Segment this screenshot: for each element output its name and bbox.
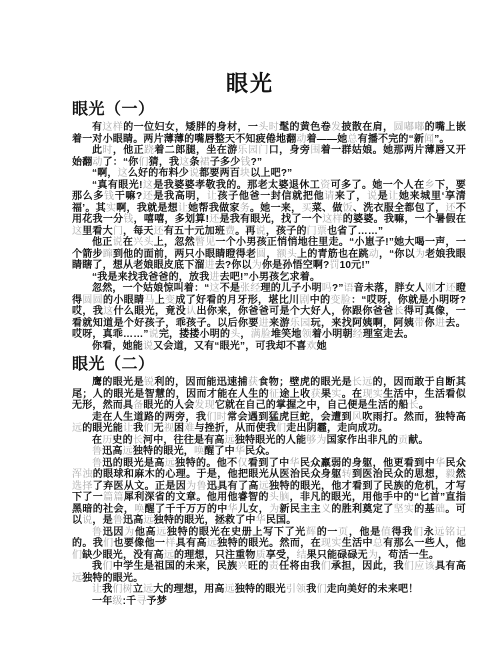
text-run: ，他正 <box>113 145 144 156</box>
light-glyph-run: 发 <box>331 122 341 133</box>
text-run: 上的青筋也在跳 <box>297 249 369 260</box>
text-run: 到医治民众的思想， <box>352 469 445 480</box>
light-glyph-run: 责 <box>269 561 279 572</box>
byline: 一年级:千寻予梦 <box>72 596 466 608</box>
light-glyph-run: 动 <box>369 249 379 260</box>
light-glyph-run: 钱 <box>123 214 133 225</box>
light-glyph-run: 发现 <box>194 400 214 411</box>
text-run: 的婆婆。我嘛，一个暑假在 <box>343 214 466 225</box>
light-glyph-run: 还 <box>446 283 456 294</box>
text-run: 得我 <box>392 527 413 538</box>
text-run: 你 <box>425 318 435 329</box>
light-glyph-run: 还 <box>446 203 456 214</box>
light-glyph-run: 兴 <box>238 561 248 572</box>
text-run: 以上吧?” <box>250 168 292 179</box>
text-run: 你看，她能 <box>92 341 143 352</box>
text-run: 食物；壁虎的眼光是 <box>258 377 352 388</box>
paragraph: 我们中学生是祖国的未来，民族兴旺的责任将由我们承担，因此，我们应该具有高远独特的… <box>72 561 466 584</box>
light-glyph-run: 这 <box>209 283 219 294</box>
text-run: 的胜利奠定了 <box>331 504 393 515</box>
light-glyph-run: 远 <box>225 435 235 446</box>
text-run: 。 <box>419 400 429 411</box>
text-run: 民众羸弱的身躯，他更看到中 <box>300 458 435 469</box>
text-run: 永 <box>424 527 435 538</box>
light-glyph-run: 引领 <box>286 584 306 595</box>
text-run: 忽然，一个姑娘惊叫着：“ <box>92 283 209 294</box>
light-glyph-run: 蹿 <box>103 249 113 260</box>
light-glyph-run: 总 <box>347 134 357 145</box>
light-glyph-run: 远 <box>259 481 269 492</box>
light-glyph-run: 头脑 <box>269 492 290 503</box>
light-glyph-run: 鲁 <box>92 458 102 469</box>
text-run: “啊， <box>92 168 118 179</box>
text-run: 民国。 <box>266 515 297 526</box>
essay-section: 眼光（二）鹰的眼光是锐利的，因而能迅速捕获食物；壁虎的眼光是长远的，因而敢于自断… <box>72 355 466 607</box>
text-run: 我 <box>133 423 143 434</box>
text-run: 眼光的人会 <box>143 400 194 411</box>
paragraph: 忽然，一个姑娘惊叫着：“这不是张经理的儿子小明吗?”语音未落，胖女人刚才还瞪得圆… <box>72 283 466 341</box>
text-run: 吹雨打。然而，独特高 <box>362 412 466 423</box>
text-run: 上 <box>155 295 165 306</box>
light-glyph-run: 远 <box>164 550 174 561</box>
text-run: 史的 <box>112 435 132 446</box>
paragraph: 鹰的眼光是锐利的，因而能迅速捕获食物；壁虎的眼光是长远的，因而敢于自断其尾；人的… <box>72 377 466 412</box>
text-run: 我 <box>92 561 102 572</box>
light-glyph-run: 华 <box>228 504 238 515</box>
light-glyph-run: 义 <box>321 504 331 515</box>
light-glyph-run: 张经 <box>240 283 260 294</box>
light-glyph-run: 鲁 <box>92 446 102 457</box>
text-run: 去?你以 <box>215 260 252 271</box>
paragraph: 在历史的长河中，往往是有高远独特眼光的人能够为国家作出非凡的贡献。 <box>72 435 466 447</box>
text-run: 此 <box>92 145 102 156</box>
light-glyph-run: 这 <box>143 180 154 191</box>
light-glyph-run: 远 <box>123 446 133 457</box>
text-run: 是我婆婆孝敬我的。那老太婆退休工 <box>153 180 320 191</box>
essay-section: 眼光（一）有这样的一位妇女，矮胖的身材，一头时髦的黄色卷发披散在肩，圆嘟嘟的嘴上… <box>72 100 466 352</box>
text-run: 可多了。她一个人在 <box>331 180 425 191</box>
text-run: 里看大 <box>82 226 113 237</box>
light-glyph-run: 辉 <box>306 527 317 538</box>
text-run: 走在人生道路的两旁，我 <box>92 412 206 423</box>
light-glyph-run: 们 <box>316 584 326 595</box>
light-glyph-run: 说 <box>149 329 159 340</box>
text-run: 堆笑地 <box>271 329 302 340</box>
text-run: 来了， <box>335 191 367 202</box>
light-glyph-run: 乐园门 <box>238 145 269 156</box>
light-glyph-run: 这 <box>72 226 82 237</box>
light-glyph-run: 让 <box>92 584 102 595</box>
light-glyph-run: 远 <box>143 515 153 526</box>
text-run: 有那么一些人，他 <box>383 538 466 549</box>
light-glyph-run: 资 <box>320 180 330 191</box>
text-run: 醒了千千万万的中 <box>145 504 228 515</box>
light-glyph-run: 唤 <box>134 504 144 515</box>
text-run: 无 <box>154 423 164 434</box>
light-glyph-run: 为 <box>124 527 135 538</box>
text-run: 在 <box>123 237 133 248</box>
text-run: 独特的眼光， <box>133 446 194 457</box>
light-glyph-run: 们树 <box>112 584 132 595</box>
text-run: 具有高 <box>435 561 466 572</box>
light-glyph-run: 们 <box>276 423 286 434</box>
text-run: 中的 <box>310 295 331 306</box>
light-glyph-run: 领 <box>302 329 312 340</box>
text-run: 。再 <box>235 226 255 237</box>
text-run: “我是来找我爸爸的，放我 <box>92 272 209 283</box>
text-run: :千 <box>123 596 137 607</box>
text-run: 常会遇到猛虎巨蛇，会遭到 <box>227 412 352 423</box>
light-glyph-run: 视 <box>164 423 174 434</box>
paragraph: “真有眼光!这是我婆婆孝敬我的。那老太婆退休工资可多了。她一个人在乡下，要那么多… <box>72 180 466 238</box>
light-glyph-run: 让 <box>123 423 133 434</box>
text-run: 独特的眼光，拯救了中 <box>154 515 256 526</box>
text-run: 旺的 <box>248 561 269 572</box>
text-run: ， <box>240 329 250 340</box>
light-glyph-run: 马 <box>144 295 154 306</box>
text-run: 然 <box>456 469 466 480</box>
light-glyph-run: 远 <box>143 584 153 595</box>
light-glyph-run: 额头 <box>277 249 297 260</box>
text-run: 的小眼睛 <box>103 295 144 306</box>
light-glyph-run: 认 <box>186 306 196 317</box>
text-run: 中学生是祖国的未来，民族 <box>113 561 238 572</box>
light-glyph-run: 远 <box>165 458 175 469</box>
paragraph: 你看，她能说又会道，又有“眼光”，可我却不喜欢她 <box>72 341 466 353</box>
light-glyph-run: 动 <box>92 157 102 168</box>
light-glyph-run: 寻 <box>136 596 146 607</box>
light-glyph-run: 经 <box>353 329 363 340</box>
light-glyph-run: 满脸 <box>251 329 271 340</box>
text-run: 的一位妇女，矮胖的身材，一 <box>123 122 258 133</box>
light-glyph-run: 围 <box>310 145 320 156</box>
text-run: 出你来，你爸爸可是个大好人，你跟你爸爸 <box>196 306 393 317</box>
light-glyph-run: 这 <box>103 306 113 317</box>
light-glyph-run: 块 <box>240 168 250 179</box>
light-glyph-run: 们 <box>143 423 153 434</box>
text-run: 与挫折，从而使我 <box>194 423 276 434</box>
light-glyph-run: 为 <box>252 260 262 271</box>
light-glyph-run: 够为 <box>306 435 326 446</box>
paragraph: “啊，这么好的布料少说都要两百块以上吧?” <box>72 168 466 180</box>
light-glyph-run: 说 <box>256 226 266 237</box>
light-glyph-run: 长 <box>409 400 419 411</box>
text-run: 途上收 <box>279 389 310 400</box>
text-run: 着小明朝 <box>312 329 353 340</box>
text-run: 的眼光能 <box>82 423 123 434</box>
light-glyph-run: 远 <box>156 527 167 538</box>
text-run: 我 <box>306 584 316 595</box>
light-glyph-run: 结 <box>296 550 306 561</box>
paragraph: “我是来找我爸爸的，放我进去吧!”小男孩乞求着。 <box>72 272 466 284</box>
text-run: 河中，往往是有高 <box>143 435 225 446</box>
light-glyph-run: 远 <box>72 573 82 584</box>
light-glyph-run: 页 <box>338 527 349 538</box>
text-run: 国家作出非凡的 <box>327 435 398 446</box>
light-glyph-run: 华 <box>290 458 300 469</box>
light-glyph-run: 门票 <box>307 226 327 237</box>
light-glyph-run: 欢 <box>306 341 316 352</box>
text-run: 都要两百 <box>199 168 240 179</box>
text-run: 民众。 <box>245 446 276 457</box>
text-run: ，孩子的 <box>266 226 307 237</box>
text-run: 她 <box>317 341 327 352</box>
section-heading: 眼光（一） <box>72 100 466 119</box>
light-glyph-run: 们时 <box>206 412 227 423</box>
text-run: 困 <box>174 423 184 434</box>
light-glyph-run: 备 <box>133 400 143 411</box>
text-run: ，“你以 <box>379 249 415 260</box>
text-run: 孩子他爸一封信就把他 <box>218 191 325 202</box>
light-glyph-run: 带 <box>414 318 424 329</box>
text-run: 她帮我做家 <box>188 203 239 214</box>
text-run: 迅具有了高 <box>207 481 259 492</box>
text-run: ，他是 <box>349 527 381 538</box>
light-glyph-run: 请 <box>324 191 335 202</box>
text-run: 理室走去。 <box>363 329 414 340</box>
light-glyph-run: 还 <box>142 191 153 202</box>
text-run: 承担，因此，我 <box>331 561 404 572</box>
text-run: 的基 <box>414 504 435 515</box>
text-run: 有五十元加班 <box>164 226 225 237</box>
text-run: ，苟活一生。 <box>378 550 439 561</box>
light-glyph-run: 跷 <box>144 145 154 156</box>
text-run: 任将由我 <box>279 561 321 572</box>
light-glyph-run: 础 <box>435 504 445 515</box>
light-glyph-run: 让 <box>207 191 218 202</box>
text-run: 去吧!”小男孩乞求着。 <box>220 272 321 283</box>
text-run: 的理想，只注重物 <box>174 550 256 561</box>
text-run: 生活中 <box>342 538 373 549</box>
light-glyph-run: 变脸 <box>330 295 351 306</box>
paragraph: 让我们树立远大的理想，用高远独特的眼光引领我们走向美好的未来吧！ <box>72 584 466 596</box>
text-run: 音未落，胖女人 <box>354 283 425 294</box>
text-run: 一年 <box>92 596 112 607</box>
light-glyph-run: 唤 <box>194 446 204 457</box>
text-run: 干嘛? <box>115 191 143 202</box>
paragraph: 走在人生道路的两旁，我们时常会遇到猛虎巨蛇，会遭到风吹雨打。然而，独特高远的眼光… <box>72 412 466 435</box>
text-run: 果 <box>321 389 331 400</box>
text-run: 献。 <box>408 435 428 446</box>
text-run: 迅的眼光是高 <box>102 458 164 469</box>
light-glyph-run: 选择 <box>72 481 93 492</box>
light-glyph-run: 费 <box>225 226 235 237</box>
light-glyph-run: 长 <box>133 435 143 446</box>
text-run: 独特的眼光。然而，在 <box>217 538 321 549</box>
text-run: 的一 <box>317 527 338 538</box>
text-run: 独特的眼光在史册上写下了光 <box>167 527 306 538</box>
light-glyph-run: 让 <box>388 191 399 202</box>
text-run: 。在 <box>342 389 363 400</box>
light-glyph-run: 这 <box>179 157 189 168</box>
light-glyph-run: 这 <box>118 168 128 179</box>
light-glyph-run: 为鲁 <box>186 481 207 492</box>
text-run: 有播不完的“新 <box>358 134 424 145</box>
light-glyph-run: 值 <box>381 527 392 538</box>
text-run: 它就在自己的掌握之中，自己便是生活的船 <box>215 400 409 411</box>
light-glyph-run: 篇篇 <box>103 492 124 503</box>
light-glyph-run: 难 <box>184 423 194 434</box>
light-glyph-run: 华 <box>435 458 445 469</box>
text-run: 新民主主 <box>279 504 320 515</box>
light-glyph-run: 圆嘟嘟 <box>393 122 424 133</box>
document-content: 眼光（一）有这样的一位妇女，矮胖的身材，一头时髦的黄色卷发披散在肩，圆嘟嘟的嘴上… <box>72 100 466 607</box>
text-run: 什么眼光，竟没 <box>114 306 187 317</box>
light-glyph-run: 现实 <box>362 389 383 400</box>
text-run: ，嘻嘻，多划算! <box>134 214 209 225</box>
light-glyph-run: 们 <box>72 550 82 561</box>
light-glyph-run: 浑浊 <box>72 469 93 480</box>
light-glyph-run: 说 <box>189 168 199 179</box>
paragraph: 他正说在兴头上，忽然瞥见一个小男孩正悄悄地往里走。“小崽子!”她大喝一声，一个箭… <box>72 237 466 272</box>
light-glyph-run: 仅 <box>238 458 248 469</box>
light-glyph-run: 锐 <box>144 377 154 388</box>
light-glyph-run: 华 <box>256 515 266 526</box>
paragraph: 鲁迅因为他高远独特的眼光在史册上写下了光辉的一页，他是值得我们永远铭记的。我们也… <box>72 527 466 562</box>
text-run: 又会道，又有“眼光”，可我却不喜 <box>153 341 306 352</box>
text-run: 到他的面前，两只小眼睛瞪得老 <box>113 249 256 260</box>
light-glyph-run: 进 <box>205 260 215 271</box>
text-run: 披散在肩， <box>341 122 393 133</box>
light-glyph-run: 务 <box>240 203 250 214</box>
light-glyph-run: 钱 <box>240 157 250 168</box>
light-glyph-run: 让 <box>178 203 188 214</box>
light-glyph-run: 裙 <box>200 157 210 168</box>
light-glyph-run: 还 <box>209 214 219 225</box>
light-glyph-run: 乡 <box>425 180 435 191</box>
light-glyph-run: 毅 <box>445 469 455 480</box>
light-glyph-run: 变 <box>165 295 175 306</box>
text-run: 了弃医从文。正是因 <box>93 481 186 492</box>
light-glyph-run: 们 <box>138 157 148 168</box>
text-run: 他高 <box>135 527 156 538</box>
light-glyph-run: 时 <box>102 145 112 156</box>
light-glyph-run: 风 <box>352 412 362 423</box>
light-glyph-run: 长远 <box>352 377 373 388</box>
light-glyph-run: 远 <box>225 584 235 595</box>
text-run: 么好的布料少 <box>128 168 189 179</box>
text-run: 我 <box>102 584 112 595</box>
light-glyph-run: 闻 <box>424 134 434 145</box>
text-run: ，每天 <box>123 226 154 237</box>
paragraph: 此时，他正跷着二郎腿，坐在游乐园门口，身旁围着一群姑娘。她那两片薄唇又开始翻动了… <box>72 145 466 168</box>
light-glyph-run: 转 <box>342 469 352 480</box>
light-glyph-run: 质 <box>256 550 266 561</box>
text-run: 着——她 <box>307 134 348 145</box>
light-glyph-run: 进 <box>435 318 445 329</box>
text-run: 民众 <box>445 458 466 469</box>
light-glyph-run: 现实 <box>321 538 342 549</box>
light-glyph-run: 们 <box>103 538 113 549</box>
light-glyph-run: 远铭记 <box>434 527 466 538</box>
light-glyph-run: 实 <box>106 203 116 214</box>
light-glyph-run: 这样 <box>322 214 343 225</box>
text-run: 有 <box>92 122 102 133</box>
text-run: 鹰的眼光是 <box>92 377 144 388</box>
light-glyph-run: 买 <box>301 203 311 214</box>
light-glyph-run: 鲁 <box>113 515 123 526</box>
light-glyph-run: 获 <box>311 389 321 400</box>
light-glyph-run: 征 <box>269 389 279 400</box>
text-run: 利的，因而能迅速捕 <box>154 377 248 388</box>
light-glyph-run: 级 <box>112 596 122 607</box>
text-run: 、洗衣服全都包了， <box>353 203 446 214</box>
text-run: “真有眼光! <box>92 180 143 191</box>
text-run: 迅高 <box>123 515 143 526</box>
text-run: 菜、做 <box>312 203 343 214</box>
text-run: ”。 <box>434 134 449 145</box>
light-glyph-run: 门 <box>113 226 123 237</box>
light-glyph-run: 说 <box>113 237 123 248</box>
light-glyph-run: 为 <box>368 550 378 561</box>
text-run: 条 <box>189 157 199 168</box>
light-glyph-run: 饭 <box>343 203 353 214</box>
text-run: 他正 <box>92 237 113 248</box>
text-run: 你是孙悟空啊? <box>262 260 330 271</box>
light-glyph-run: 进 <box>259 318 269 329</box>
text-run: 迅高 <box>102 446 122 457</box>
text-run: 10元!” <box>340 260 370 271</box>
text-run: 了：“你 <box>103 157 139 168</box>
text-run: 迅因 <box>103 527 124 538</box>
light-glyph-run: 们 <box>102 561 112 572</box>
text-run: 理的儿子小明 <box>261 283 322 294</box>
light-glyph-run: 历 <box>102 435 112 446</box>
light-glyph-run: 头 <box>230 329 240 340</box>
light-glyph-run: 样 <box>165 538 175 549</box>
light-glyph-run: 们 <box>413 527 424 538</box>
light-glyph-run: 进 <box>209 272 219 283</box>
text-run: 也省了……” <box>327 226 383 237</box>
light-glyph-run: 为 <box>415 249 425 260</box>
text-run: 独特眼光的人能 <box>235 435 306 446</box>
paragraph: 有这样的一位妇女，矮胖的身材，一头时髦的黄色卷发披散在肩，圆嘟嘟的嘴上嵌着一对小… <box>72 122 466 145</box>
text-run: 享受， <box>266 550 297 561</box>
light-glyph-run: 瞥见 <box>195 237 216 248</box>
light-glyph-run: 语 <box>344 283 354 294</box>
text-run: 着二郎腿，坐在游 <box>154 145 237 156</box>
light-glyph-run: 实 <box>331 389 341 400</box>
text-run: 玩，来找阿姨啊，阿姨 <box>311 318 415 329</box>
text-run: 的眼球和麻木的心理。于是，他把眼光从医治民众身躯 <box>93 469 342 480</box>
text-run: 子多少 <box>210 157 241 168</box>
section-heading: 眼光（二） <box>72 355 466 374</box>
light-glyph-run: 这样 <box>102 122 123 133</box>
text-run: 缺少眼光，没有高 <box>82 550 164 561</box>
text-run: 的。我 <box>72 538 103 549</box>
text-run: 予梦 <box>147 596 167 607</box>
text-run: 独特的眼光。 <box>82 573 143 584</box>
text-run: 儿女， <box>238 504 269 515</box>
text-run: 犀利深省的文章。他用他睿智的 <box>124 492 269 503</box>
text-run: ?” <box>251 157 263 168</box>
text-run: 也要像他一 <box>114 538 166 549</box>
text-run: 是 <box>378 191 389 202</box>
light-glyph-run: 坚实 <box>394 504 415 515</box>
text-run: 才 <box>435 283 445 294</box>
text-run: 大的理想，用高 <box>153 584 224 595</box>
light-glyph-run: 远 <box>72 423 82 434</box>
text-run: 是我高明， <box>154 191 207 202</box>
light-glyph-run: 说 <box>143 341 153 352</box>
light-glyph-run: 华 <box>235 446 245 457</box>
text-run: 走出阴霾，走向成功。 <box>286 423 388 434</box>
light-glyph-run: 吗 <box>322 283 332 294</box>
light-glyph-run: 贡 <box>398 435 408 446</box>
text-run: 。她一来， <box>250 203 301 214</box>
text-run: 具有高 <box>176 538 207 549</box>
text-run: 啊，我就是想 <box>116 203 178 214</box>
